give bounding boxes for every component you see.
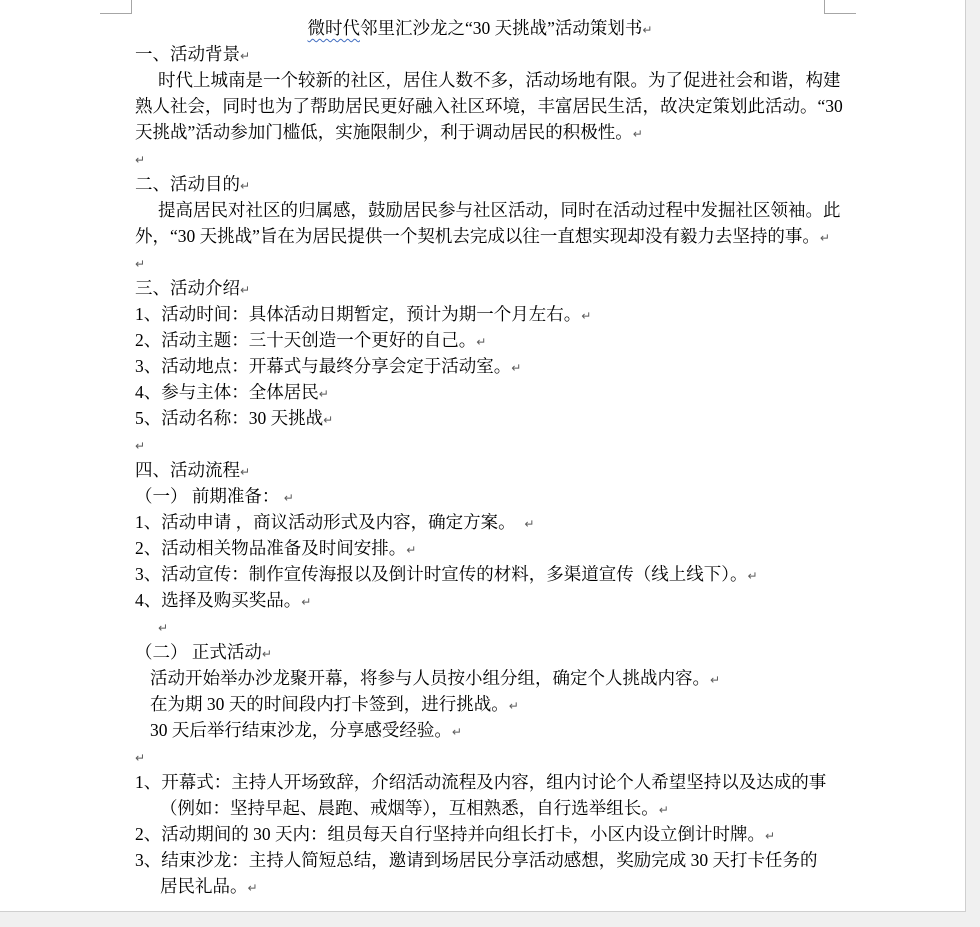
text-line[interactable]: 时代上城南是一个较新的社区，居住人数不多，活动场地有限。为了促进社会和谐，构建 bbox=[135, 67, 825, 93]
line-text: 二、活动目的 bbox=[135, 174, 240, 194]
paragraph-mark-icon: ↵ bbox=[452, 725, 462, 739]
text-line[interactable]: 3、结束沙龙：主持人简短总结，邀请到场居民分享活动感想，奖励完成 30 天打卡任… bbox=[135, 847, 825, 873]
text-line[interactable]: 天挑战”活动参加门槛低，实施限制少，利于调动居民的积极性。↵ bbox=[135, 119, 825, 145]
text-line[interactable]: 提高居民对社区的归属感，鼓励居民参与社区活动，同时在活动过程中发掘社区领袖。此 bbox=[135, 197, 825, 223]
empty-paragraph-line[interactable]: ↵ bbox=[135, 743, 825, 769]
margin-crop-mark-top-left bbox=[100, 0, 132, 14]
paragraph-mark-icon: ↵ bbox=[284, 491, 294, 505]
text-line[interactable]: 微时代邻里汇沙龙之“30 天挑战”活动策划书↵ bbox=[135, 15, 825, 41]
paragraph-mark-icon: ↵ bbox=[406, 543, 416, 557]
app-background-bottom bbox=[0, 911, 966, 927]
text-line[interactable]: 活动开始举办沙龙聚开幕，将参与人员按小组分组，确定个人挑战内容。↵ bbox=[135, 665, 825, 691]
text-line[interactable]: 4、选择及购买奖品。↵ bbox=[135, 587, 825, 613]
line-text: 一、活动背景 bbox=[135, 44, 240, 64]
empty-paragraph-line[interactable]: ↵ bbox=[135, 145, 825, 171]
paragraph-mark-icon: ↵ bbox=[135, 439, 145, 453]
paragraph-mark-icon: ↵ bbox=[240, 49, 250, 63]
line-text: 2、活动主题：三十天创造一个更好的自己。 bbox=[135, 330, 476, 350]
text-line[interactable]: 熟人社会，同时也为了帮助居民更好融入社区环境，丰富居民生活，故决定策划此活动。“… bbox=[135, 93, 825, 119]
text-line[interactable]: 外，“30 天挑战”旨在为居民提供一个契机去完成以往一直想实现却没有毅力去坚持的… bbox=[135, 223, 825, 249]
paragraph-mark-icon: ↵ bbox=[240, 465, 250, 479]
paragraph-mark-icon: ↵ bbox=[820, 231, 830, 245]
text-line[interactable]: 在为期 30 天的时间段内打卡签到，进行挑战。↵ bbox=[135, 691, 825, 717]
text-line[interactable]: （例如：坚持早起、晨跑、戒烟等），互相熟悉，自行选举组长。↵ bbox=[135, 795, 825, 821]
text-line[interactable]: 2、活动主题：三十天创造一个更好的自己。↵ bbox=[135, 327, 825, 353]
line-text: 3、活动地点：开幕式与最终分享会定于活动室。 bbox=[135, 356, 511, 376]
paragraph-mark-icon: ↵ bbox=[135, 153, 145, 167]
line-text: （二） 正式活动 bbox=[135, 642, 262, 662]
paragraph-mark-icon: ↵ bbox=[301, 595, 311, 609]
text-line[interactable]: 1、活动申请 ，商议活动形式及内容，确定方案。 ↵ bbox=[135, 509, 825, 535]
margin-crop-mark-top-right bbox=[824, 0, 856, 14]
line-text: 1、开幕式：主持人开场致辞，介绍活动流程及内容，组内讨论个人希望坚持以及达成的事 bbox=[135, 772, 826, 792]
paragraph-mark-icon: ↵ bbox=[135, 257, 145, 271]
line-text: 三、活动介绍 bbox=[135, 278, 240, 298]
line-text: 天挑战”活动参加门槛低，实施限制少，利于调动居民的积极性。 bbox=[135, 122, 633, 142]
paragraph-mark-icon: ↵ bbox=[581, 309, 591, 323]
text-line[interactable]: 居民礼品。↵ bbox=[135, 873, 825, 899]
paragraph-mark-icon: ↵ bbox=[511, 361, 521, 375]
paragraph-mark-icon: ↵ bbox=[524, 517, 534, 531]
paragraph-mark-icon: ↵ bbox=[240, 283, 250, 297]
paragraph-mark-icon: ↵ bbox=[633, 127, 643, 141]
line-text: 1、活动申请 ，商议活动形式及内容，确定方案。 bbox=[135, 512, 524, 532]
line-text: 5、活动名称：30 天挑战 bbox=[135, 408, 323, 428]
text-line[interactable]: 2、活动期间的 30 天内：组员每天自行坚持并向组长打卡，小区内设立倒计时牌。↵ bbox=[135, 821, 825, 847]
text-line[interactable]: 2、活动相关物品准备及时间安排。↵ bbox=[135, 535, 825, 561]
paragraph-mark-icon: ↵ bbox=[642, 23, 652, 37]
paragraph-mark-icon: ↵ bbox=[509, 699, 519, 713]
document-page[interactable]: 微时代邻里汇沙龙之“30 天挑战”活动策划书↵一、活动背景↵时代上城南是一个较新… bbox=[0, 0, 966, 911]
paragraph-mark-icon: ↵ bbox=[319, 387, 329, 401]
line-text: 时代上城南是一个较新的社区，居住人数不多，活动场地有限。为了促进社会和谐，构建 bbox=[158, 70, 841, 90]
text-line[interactable]: 三、活动介绍↵ bbox=[135, 275, 825, 301]
spellcheck-squiggle: 微时代 bbox=[308, 18, 361, 38]
paragraph-mark-icon: ↵ bbox=[240, 179, 250, 193]
line-text: 30 天后举行结束沙龙，分享感受经验。 bbox=[150, 720, 452, 740]
line-text: 活动开始举办沙龙聚开幕，将参与人员按小组分组，确定个人挑战内容。 bbox=[150, 668, 710, 688]
text-line[interactable]: 四、活动流程↵ bbox=[135, 457, 825, 483]
text-line[interactable]: 5、活动名称：30 天挑战↵ bbox=[135, 405, 825, 431]
paragraph-mark-icon: ↵ bbox=[262, 647, 272, 661]
text-line[interactable]: 3、活动宣传：制作宣传海报以及倒计时宣传的材料，多渠道宣传（线上线下）。↵ bbox=[135, 561, 825, 587]
line-text: 2、活动期间的 30 天内：组员每天自行坚持并向组长打卡，小区内设立倒计时牌。 bbox=[135, 824, 765, 844]
paragraph-mark-icon: ↵ bbox=[248, 881, 258, 895]
paragraph-mark-icon: ↵ bbox=[748, 569, 758, 583]
text-line[interactable]: 一、活动背景↵ bbox=[135, 41, 825, 67]
line-text: 2、活动相关物品准备及时间安排。 bbox=[135, 538, 406, 558]
text-line[interactable]: 1、活动时间：具体活动日期暂定，预计为期一个月左右。↵ bbox=[135, 301, 825, 327]
line-text: 1、活动时间：具体活动日期暂定，预计为期一个月左右。 bbox=[135, 304, 581, 324]
document-body[interactable]: 微时代邻里汇沙龙之“30 天挑战”活动策划书↵一、活动背景↵时代上城南是一个较新… bbox=[135, 15, 825, 899]
line-text: 4、参与主体：全体居民 bbox=[135, 382, 319, 402]
line-text: 邻里汇沙龙之“30 天挑战”活动策划书 bbox=[360, 18, 642, 38]
line-text: 在为期 30 天的时间段内打卡签到，进行挑战。 bbox=[150, 694, 509, 714]
text-line[interactable]: 30 天后举行结束沙龙，分享感受经验。↵ bbox=[135, 717, 825, 743]
empty-paragraph-line[interactable]: ↵ bbox=[135, 613, 825, 639]
paragraph-mark-icon: ↵ bbox=[710, 673, 720, 687]
text-line[interactable]: 4、参与主体：全体居民↵ bbox=[135, 379, 825, 405]
paragraph-mark-icon: ↵ bbox=[158, 621, 168, 635]
line-text: 3、结束沙龙：主持人简短总结，邀请到场居民分享活动感想，奖励完成 30 天打卡任… bbox=[135, 850, 818, 870]
line-text: 提高居民对社区的归属感，鼓励居民参与社区活动，同时在活动过程中发掘社区领袖。此 bbox=[158, 200, 841, 220]
paragraph-mark-icon: ↵ bbox=[135, 751, 145, 765]
line-text: 四、活动流程 bbox=[135, 460, 240, 480]
empty-paragraph-line[interactable]: ↵ bbox=[135, 431, 825, 457]
line-text: （例如：坚持早起、晨跑、戒烟等），互相熟悉，自行选举组长。 bbox=[160, 798, 659, 818]
line-text: 熟人社会，同时也为了帮助居民更好融入社区环境，丰富居民生活，故决定策划此活动。“… bbox=[135, 96, 843, 116]
text-line[interactable]: 3、活动地点：开幕式与最终分享会定于活动室。↵ bbox=[135, 353, 825, 379]
paragraph-mark-icon: ↵ bbox=[323, 413, 333, 427]
line-text: （一） 前期准备： bbox=[135, 486, 284, 506]
paragraph-mark-icon: ↵ bbox=[765, 829, 775, 843]
text-line[interactable]: 1、开幕式：主持人开场致辞，介绍活动流程及内容，组内讨论个人希望坚持以及达成的事 bbox=[135, 769, 825, 795]
line-text: 4、选择及购买奖品。 bbox=[135, 590, 301, 610]
line-text: 居民礼品。 bbox=[160, 876, 248, 896]
text-line[interactable]: 二、活动目的↵ bbox=[135, 171, 825, 197]
line-text: 外，“30 天挑战”旨在为居民提供一个契机去完成以往一直想实现却没有毅力去坚持的… bbox=[135, 226, 820, 246]
paragraph-mark-icon: ↵ bbox=[659, 803, 669, 817]
app-background-right bbox=[965, 0, 980, 927]
text-line[interactable]: （一） 前期准备： ↵ bbox=[135, 483, 825, 509]
paragraph-mark-icon: ↵ bbox=[476, 335, 486, 349]
empty-paragraph-line[interactable]: ↵ bbox=[135, 249, 825, 275]
line-text: 3、活动宣传：制作宣传海报以及倒计时宣传的材料，多渠道宣传（线上线下）。 bbox=[135, 564, 748, 584]
text-line[interactable]: （二） 正式活动↵ bbox=[135, 639, 825, 665]
